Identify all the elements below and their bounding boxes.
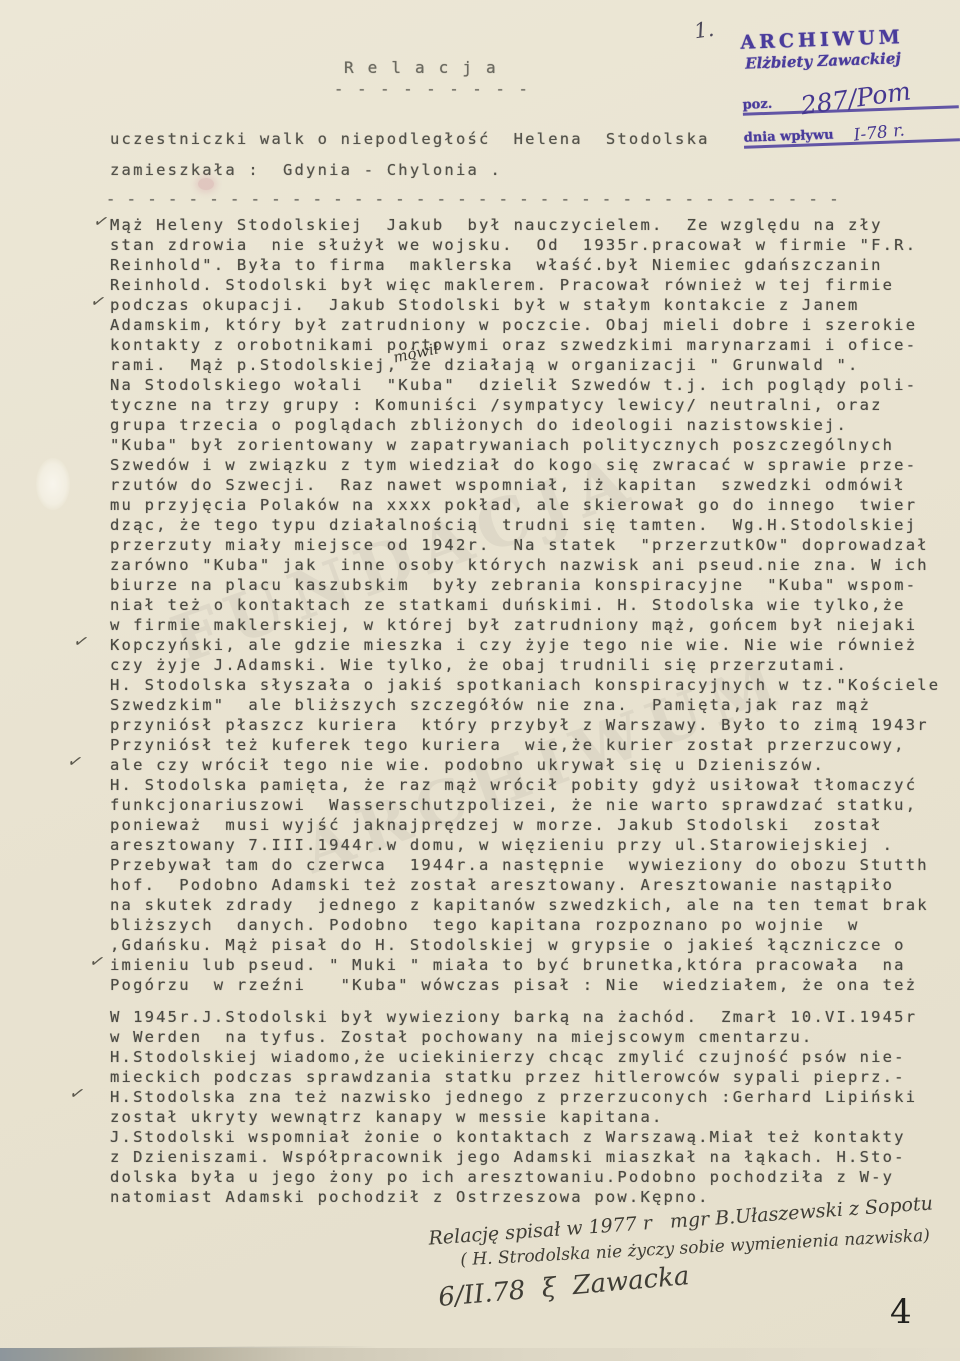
typed-line-text: kontakty z orobotnikami portowymi oraz s… [110, 336, 917, 354]
typed-line: Przyniósł też kuferek tego kuriera wie,ż… [110, 735, 960, 755]
typed-line: zarówno "Kuba" jak inne osoby których na… [110, 555, 960, 575]
typed-line-text: rami. Mąż p.Stodolskiej, że działają w o… [110, 356, 860, 374]
typed-line: W 1945r.J.Stodolski był wywieziony barką… [110, 1007, 960, 1027]
typed-line-text: niał też o kontaktach ze statkami duński… [110, 596, 906, 614]
typed-line-text: na skutek zdrady jednego z kapitanów szw… [110, 896, 929, 914]
typed-line: przyniósł płaszcz kuriera który przybył … [110, 715, 960, 735]
typed-line-text: H.Stodolska zna też nazwisko jednego z p… [110, 1088, 917, 1106]
typed-line-text: dolska była u jego żony po ich aresztowa… [110, 1168, 894, 1186]
typed-line: przerzuty miały miejsce od 1942r. Na sta… [110, 535, 960, 555]
typed-line-text: Szwedów i w związku z tym wiedział do ko… [110, 456, 917, 474]
handwritten-corner-number: 1. [692, 17, 715, 44]
typed-line: został ukryty wewnątrz kanapy w messie k… [110, 1107, 960, 1127]
typed-line: aresztowany 7.III.1944r.w domu, w więzie… [110, 835, 960, 855]
stamp-date-label: dnia wpływu [743, 128, 833, 146]
typed-line: H.Stodolskiej wiadomo,że uciekinierzy ch… [110, 1047, 960, 1067]
typed-line: tyczne na trzy grupy : Komuniści /sympat… [110, 395, 960, 415]
typed-line-text: natomiast Adamski pochodził z Ostrzeszow… [110, 1188, 710, 1206]
typed-line: na skutek zdrady jednego z kapitanów szw… [110, 895, 960, 915]
typed-line: Szwedów i w związku z tym wiedział do ko… [110, 455, 960, 475]
stamp-poz-row: poz. 287/Pom [742, 79, 959, 116]
typed-line: H. Stodolska słyszała o jakiś spotkaniac… [110, 675, 960, 695]
typed-line-text: stan zdrowia nie służył we wojsku. Od 19… [110, 236, 917, 254]
typed-line: mieckich podczas sprawdzania statku prze… [110, 1067, 960, 1087]
typed-line: Szwedzkim" ale bliższych szczegółów nie … [110, 695, 960, 715]
typed-line: Pogórzu w rzeźni "Kuba" wówczas pisał : … [110, 975, 960, 995]
stamp-poz-label: poz. [742, 97, 772, 113]
typed-line-text: H. Stodolska słyszała o jakiś spotkaniac… [110, 676, 940, 694]
document-title: R e l a c j a [344, 58, 530, 77]
margin-checkmark: ✓ [71, 631, 91, 653]
typed-line-text: czy żyje J.Adamski. Wie tylko, że obaj t… [110, 656, 848, 674]
typed-line: ,Gdańsku. Mąż pisał do H. Stodolskiej w … [110, 935, 960, 955]
title-underline: - - - - - - - - - [334, 80, 530, 98]
archive-stamp: ARCHIWUM Elżbiety Zawackiej poz. 287/Pom… [740, 24, 960, 148]
typed-line: ✓podczas okupacji. Jakub Stodolski był w… [110, 295, 960, 315]
margin-checkmark: ✓ [87, 951, 107, 973]
typed-line: ✓Kopczyński, ale gdzie mieszka i czy żyj… [110, 635, 960, 655]
subject-line: uczestniczki walk o niepodległość Helena… [110, 130, 710, 148]
stamp-date-handwritten-value: I-78 r. [853, 120, 906, 145]
typed-line: J.Stodolski wspomniał żonie o kontaktach… [110, 1127, 960, 1147]
typed-body: ✓Mąż Heleny Stodolskiej Jakub był nauczy… [110, 215, 960, 1207]
typed-line: Reinhold". Była to firma maklerska właść… [110, 255, 960, 275]
typed-line-text: aresztowany 7.III.1944r.w domu, w więzie… [110, 836, 894, 854]
typed-line: ✓imieniu lub pseud. " Muki " miała to by… [110, 955, 960, 975]
typed-line-text: Przebywał tam do czerwca 1944r.a następn… [110, 856, 929, 874]
ink-smudge [198, 178, 214, 190]
typed-line-text: ponieważ musi wyjść jaknajprędzej w morz… [110, 816, 883, 834]
typed-line-text: hof. Podobno Adamski też został aresztow… [110, 876, 894, 894]
typed-line: ✓Mąż Heleny Stodolskiej Jakub był nauczy… [110, 215, 960, 235]
typed-line-text: "Kuba" był zorientowany w zapatrywaniach… [110, 436, 894, 454]
typed-line-text: mu przyjęcia Polaków na xxxx pokład, ale… [110, 496, 917, 514]
typed-line: dząc, że tego typu działalnością trudni … [110, 515, 960, 535]
typed-line: w firmie maklerskiej, w której był zatru… [110, 615, 960, 635]
typed-line-text: z Dzieniszami. Współpracownik jego Adams… [110, 1148, 906, 1166]
typed-line-text: Pogórzu w rzeźni "Kuba" wówczas pisał : … [110, 976, 917, 994]
typed-line-text: Szwedzkim" ale bliższych szczegółów nie … [110, 696, 871, 714]
document-page: FUNDACJA ARCHIWUM 1. ARCHIWUM Elżbiety Z… [0, 0, 960, 1361]
typed-line: mu przyjęcia Polaków na xxxx pokład, ale… [110, 495, 960, 515]
page-number: 4 [890, 1292, 912, 1332]
typed-line-text: dząc, że tego typu działalnością trudni … [110, 516, 917, 534]
typed-line-text: funkcjonariuszowi Wasserschutzpolizei, ż… [110, 796, 917, 814]
typed-line-text: Kopczyński, ale gdzie mieszka i czy żyje… [110, 636, 917, 654]
typed-line: rami. Mąż p.Stodolskiej, że działają w o… [110, 355, 960, 375]
margin-checkmark: ✓ [67, 1083, 87, 1105]
margin-checkmark: ✓ [88, 291, 108, 313]
typed-line: kontakty z orobotnikami portowymi oraz s… [110, 335, 960, 355]
typed-line: w Werden na tyfus. Został pochowany na m… [110, 1027, 960, 1047]
typed-line-text: Reinhold". Była to firma maklerska właść… [110, 256, 883, 274]
typed-line: Na Stodolskiego wołali "Kuba" dzielił Sz… [110, 375, 960, 395]
typed-line-text: w Werden na tyfus. Został pochowany na m… [110, 1028, 813, 1046]
typed-line-text: imieniu lub pseud. " Muki " miała to być… [110, 956, 906, 974]
typed-line-text: H. Stodolska pamięta, że raz mąż wrócił … [110, 776, 917, 794]
dashed-separator: - - - - - - - - - - - - - - - - - - - - … [106, 190, 840, 208]
margin-checkmark: ✓ [65, 751, 85, 773]
typed-line-text: biurze na placu kaszubskim były zebrania… [110, 576, 917, 594]
stamp-date-row: dnia wpływu I-78 r. [743, 116, 960, 149]
typed-line: ✓H.Stodolska zna też nazwisko jednego z … [110, 1087, 960, 1107]
typed-line: ✓ale czy wrócił tego nie wie. podobno uk… [110, 755, 960, 775]
typed-line-text: rzutów do Szwecji. Raz nawet wspomniał, … [110, 476, 906, 494]
typed-line-text: W 1945r.J.Stodolski był wywieziony barką… [110, 1008, 917, 1026]
paper-hole-artifact [36, 458, 70, 510]
typed-line: Przebywał tam do czerwca 1944r.a następn… [110, 855, 960, 875]
typed-line: Reinhold. Stodolski był więc maklerem. P… [110, 275, 960, 295]
typed-line: grupa trzecia o poglądach zbliżonych do … [110, 415, 960, 435]
typed-line-text: zarówno "Kuba" jak inne osoby których na… [110, 556, 929, 574]
typed-line-text: grupa trzecia o poglądach zbliżonych do … [110, 416, 848, 434]
typed-line-text: Na Stodolskiego wołali "Kuba" dzielił Sz… [110, 376, 917, 394]
typed-line: czy żyje J.Adamski. Wie tylko, że obaj t… [110, 655, 960, 675]
subject-address-line: zamieszkała : Gdynia - Chylonia . [110, 161, 502, 179]
typed-line: "Kuba" był zorientowany w zapatrywaniach… [110, 435, 960, 455]
typed-line: hof. Podobno Adamski też został aresztow… [110, 875, 960, 895]
document-title-block: R e l a c j a - - - - - - - - - [344, 58, 530, 98]
typed-line-text: ale czy wrócił tego nie wie. podobno ukr… [110, 756, 825, 774]
typed-line: Adamskim, który był zatrudniony w poczci… [110, 315, 960, 335]
typed-line: z Dzieniszami. Współpracownik jego Adams… [110, 1147, 960, 1167]
scan-edge [0, 1348, 960, 1361]
typed-line: funkcjonariuszowi Wasserschutzpolizei, ż… [110, 795, 960, 815]
typed-line: stan zdrowia nie służył we wojsku. Od 19… [110, 235, 960, 255]
typed-line-text: Przyniósł też kuferek tego kuriera wie,ż… [110, 736, 906, 754]
typed-line-text: przyniósł płaszcz kuriera który przybył … [110, 716, 929, 734]
typed-line: ponieważ musi wyjść jaknajprędzej w morz… [110, 815, 960, 835]
typed-line-text: Reinhold. Stodolski był więc maklerem. P… [110, 276, 894, 294]
typed-line: niał też o kontaktach ze statkami duński… [110, 595, 960, 615]
typed-line-text: Adamskim, który był zatrudniony w poczci… [110, 316, 917, 334]
typed-line-text: mieckich podczas sprawdzania statku prze… [110, 1068, 906, 1086]
typed-line-text: podczas okupacji. Jakub Stodolski był w … [110, 296, 860, 314]
typed-line-text: w firmie maklerskiej, w której był zatru… [110, 616, 917, 634]
stamp-poz-handwritten-value: 287/Pom [799, 76, 913, 120]
typed-line-text: został ukryty wewnątrz kanapy w messie k… [110, 1108, 664, 1126]
typed-line: rzutów do Szwecji. Raz nawet wspomniał, … [110, 475, 960, 495]
margin-checkmark: ✓ [91, 211, 111, 233]
typed-line: bliższych danych. Podobno tego kapitana … [110, 915, 960, 935]
typed-line-text: tyczne na trzy grupy : Komuniści /sympat… [110, 396, 883, 414]
typed-line: H. Stodolska pamięta, że raz mąż wrócił … [110, 775, 960, 795]
typed-line-text: J.Stodolski wspomniał żonie o kontaktach… [110, 1128, 906, 1146]
typed-line-text: przerzuty miały miejsce od 1942r. Na sta… [110, 536, 929, 554]
typed-line-text: H.Stodolskiej wiadomo,że uciekinierzy ch… [110, 1048, 906, 1066]
typed-line-text: bliższych danych. Podobno tego kapitana … [110, 916, 860, 934]
typed-line-text: ,Gdańsku. Mąż pisał do H. Stodolskiej w … [110, 936, 906, 954]
typed-line-text: Mąż Heleny Stodolskiej Jakub był nauczyc… [110, 216, 883, 234]
typed-line: dolska była u jego żony po ich aresztowa… [110, 1167, 960, 1187]
typed-line: biurze na placu kaszubskim były zebrania… [110, 575, 960, 595]
